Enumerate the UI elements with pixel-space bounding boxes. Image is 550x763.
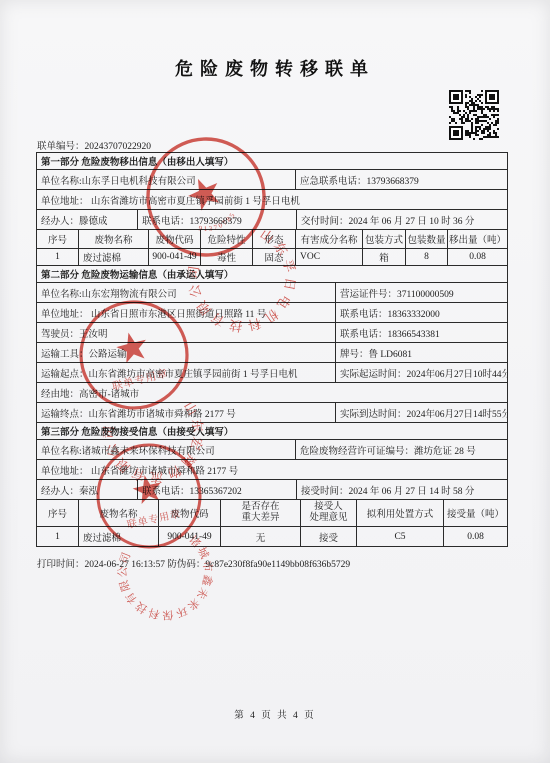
field-p2-depart-time: 实际起运时间：2024年06月27日10时44分 — [336, 363, 507, 382]
p1-cell-amount: 0.08 — [448, 249, 507, 265]
section3-title: 第三部分 危险废物接受信息（由接受人填写） — [37, 423, 507, 439]
p1-cell-waste-name: 废过滤棉 — [79, 249, 149, 265]
p3-col-opinion: 接受人 处理意见 — [301, 500, 357, 526]
section1-title: 第一部分 危险废物移出信息（由移出人填写） — [37, 153, 507, 169]
p1-cell-waste-code: 900-041-49 — [149, 249, 201, 265]
section2-title: 第二部分 危险废物运输信息（由承运人填写） — [37, 266, 507, 282]
p1-col-waste-name: 废物名称 — [79, 230, 149, 248]
field-p3-accept-time: 接受时间：2024 年 06 月 27 日 14 时 58 分 — [297, 480, 507, 499]
p3-col-waste-code: 废物代码 — [159, 500, 221, 526]
p3-col-discrepancy: 是否存在 重大差异 — [221, 500, 301, 526]
field-p2-plate-no: 牌号：鲁 LD6081 — [336, 343, 507, 362]
p1-col-component: 有害成分名称 — [296, 230, 363, 248]
section2-row-address: 单位地址： 山东省日照市东港区日照街道日照路 11 号 联系电话：1836333… — [37, 303, 507, 323]
section2-row-transport: 运输工具：公路运输 牌号：鲁 LD6081 — [37, 343, 507, 363]
section3-row-unit: 单位名称:诸城市鑫未来环保科技有限公司 危险废物经营许可证编号：潍坊危证 28 … — [37, 440, 507, 460]
field-p3-permit-no: 危险废物经营许可证编号：潍坊危证 28 号 — [296, 440, 507, 459]
manifest-number-label: 联单编号： — [37, 142, 85, 152]
p3-cell-amount: 0.08 — [444, 527, 507, 546]
section2-title-row: 第二部分 危险废物运输信息（由承运人填写） — [37, 266, 507, 283]
page-number: 第 4 页 共 4 页 — [0, 707, 550, 721]
field-p1-agent: 经办人：滕德成 — [37, 210, 138, 229]
section1-table-row: 1 废过滤棉 900-041-49 毒性 固态 VOC 箱 8 0.08 — [37, 249, 507, 266]
p3-col-seq: 序号 — [37, 500, 79, 526]
field-p1-unit-name: 单位名称:山东孚日电机科技有限公司 — [37, 170, 296, 189]
field-p1-phone: 联系电话：13793668379 — [138, 210, 297, 229]
section2-row-origin: 运输起点：山东省潍坊市高密市夏庄镇孚园前街 1 号孚日电机 实际起运时间：202… — [37, 363, 507, 383]
p1-col-packaging: 包装方式 — [363, 230, 406, 248]
section3-title-row: 第三部分 危险废物接受信息（由接受人填写） — [37, 423, 507, 440]
p3-cell-waste-code: 900-041-49 — [159, 527, 221, 546]
qr-code-graphic — [449, 90, 499, 140]
p1-cell-package-qty: 8 — [406, 249, 448, 265]
field-p3-unit-name: 单位名称:诸城市鑫未来环保科技有限公司 — [37, 440, 296, 459]
page-title: 危险废物转移联单 — [0, 55, 550, 81]
section3-table-row: 1 废过滤棉 900-041-49 无 接受 C5 0.08 — [37, 527, 507, 546]
section1-row-unit: 单位名称:山东孚日电机科技有限公司 应急联系电话：13793668379 — [37, 170, 507, 190]
field-p2-origin: 运输起点：山东省潍坊市高密市夏庄镇孚园前街 1 号孚日电机 — [37, 363, 336, 382]
p1-col-amount: 移出量（吨） — [448, 230, 507, 248]
field-p1-delivery-time: 交付时间：2024 年 06 月 27 日 10 时 36 分 — [297, 210, 507, 229]
section2-row-unit: 单位名称:山东宏翔物流有限公司 营运证件号：371100000509 — [37, 283, 507, 303]
p3-cell-seq: 1 — [37, 527, 79, 546]
field-p1-emergency-phone: 应急联系电话：13793668379 — [296, 170, 507, 189]
field-p2-arrive-time: 实际到达时间：2024年06月27日14时55分 — [336, 403, 507, 422]
field-p2-transport-mode: 运输工具：公路运输 — [37, 343, 336, 362]
section1-title-row: 第一部分 危险废物移出信息（由移出人填写） — [37, 153, 507, 170]
p1-col-hazard: 危险特性 — [201, 230, 253, 248]
p3-cell-waste-name: 废过滤棉 — [79, 527, 159, 546]
field-p3-agent: 经办人：秦泓 — [37, 480, 138, 499]
section1-table-header: 序号 废物名称 废物代码 危险特性 形态 有害成分名称 包装方式 包装数量 移出… — [37, 230, 507, 249]
p1-cell-form: 固态 — [253, 249, 296, 265]
field-p2-phone1: 联系电话：18363332000 — [336, 303, 507, 322]
field-p3-phone: 联系电话：13365367202 — [138, 480, 297, 499]
p1-col-form: 形态 — [253, 230, 296, 248]
p1-col-package-qty: 包装数量 — [406, 230, 448, 248]
p1-cell-packaging: 箱 — [363, 249, 406, 265]
section3-row-address: 单位地址： 山东省潍坊市诸城市舜和路 2177 号 — [37, 460, 507, 480]
field-p2-driver: 驾驶员：王汝明 — [37, 323, 336, 342]
qr-code — [449, 90, 499, 140]
section2-row-via: 经由地：高密市-诸城市 — [37, 383, 507, 403]
section3-row-agent: 经办人：秦泓 联系电话：13365367202 接受时间：2024 年 06 月… — [37, 480, 507, 500]
field-p1-unit-address: 单位地址： 山东省潍坊市高密市夏庄镇孚园前街 1 号孚日电机 — [37, 190, 507, 209]
print-time-line: 打印时间：2024-06-27 16:13:57 防伪码：9c87e230f8f… — [37, 556, 350, 570]
p3-cell-disposal: C5 — [357, 527, 444, 546]
section1-row-address: 单位地址： 山东省潍坊市高密市夏庄镇孚园前街 1 号孚日电机 — [37, 190, 507, 210]
field-p3-unit-address: 单位地址： 山东省潍坊市诸城市舜和路 2177 号 — [37, 460, 507, 479]
manifest-table: 第一部分 危险废物移出信息（由移出人填写） 单位名称:山东孚日电机科技有限公司 … — [36, 152, 508, 547]
p3-col-amount: 接受量（吨） — [444, 500, 507, 526]
field-p2-via: 经由地：高密市-诸城市 — [37, 383, 507, 402]
p3-col-waste-name: 废物名称 — [79, 500, 159, 526]
p3-col-disposal: 拟利用处置方式 — [357, 500, 444, 526]
field-p2-phone2: 联系电话：18366543381 — [336, 323, 507, 342]
p1-cell-seq: 1 — [37, 249, 79, 265]
field-p2-destination: 运输终点：山东省潍坊市诸城市舜和路 2177 号 — [37, 403, 336, 422]
p1-cell-component: VOC — [296, 249, 363, 265]
section2-row-driver: 驾驶员：王汝明 联系电话：18366543381 — [37, 323, 507, 343]
p3-cell-opinion: 接受 — [301, 527, 357, 546]
section1-row-agent: 经办人：滕德成 联系电话：13793668379 交付时间：2024 年 06 … — [37, 210, 507, 230]
p3-cell-discrepancy: 无 — [221, 527, 301, 546]
manifest-number: 联单编号：20243707022920 — [37, 138, 151, 152]
p1-col-waste-code: 废物代码 — [149, 230, 201, 248]
manifest-number-value: 20243707022920 — [85, 142, 152, 152]
section3-table-header: 序号 废物名称 废物代码 是否存在 重大差异 接受人 处理意见 拟利用处置方式 … — [37, 500, 507, 527]
p1-col-seq: 序号 — [37, 230, 79, 248]
field-p2-unit-address: 单位地址： 山东省日照市东港区日照街道日照路 11 号 — [37, 303, 336, 322]
p1-cell-hazard: 毒性 — [201, 249, 253, 265]
field-p2-license-no: 营运证件号：371100000509 — [336, 283, 507, 302]
field-p2-unit-name: 单位名称:山东宏翔物流有限公司 — [37, 283, 336, 302]
section2-row-destination: 运输终点：山东省潍坊市诸城市舜和路 2177 号 实际到达时间：2024年06月… — [37, 403, 507, 423]
